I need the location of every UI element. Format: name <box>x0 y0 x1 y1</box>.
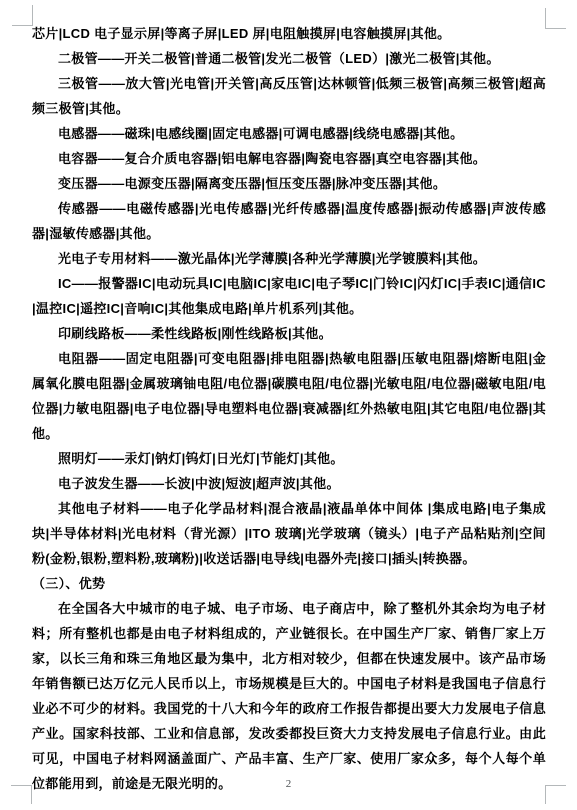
category-line-capacitors: 电容器——复合介质电容器|铝电解电容器|陶瓷电容器|真空电容器|其他。 <box>32 146 546 171</box>
document-body: 芯片|LCD 电子显示屏|等离子屏|LED 屏|电阻触摸屏|电容触摸屏|其他。 … <box>32 21 546 796</box>
category-line-triodes: 三极管——放大管|光电管|开关管|高反压管|达林顿管|低频三极管|高频三极管|超… <box>32 71 546 121</box>
page-number: 2 <box>0 778 577 790</box>
document-page: 芯片|LCD 电子显示屏|等离子屏|LED 屏|电阻触摸屏|电容触摸屏|其他。 … <box>0 0 577 810</box>
category-line-optoelectronic-materials: 光电子专用材料——激光晶体|光学薄膜|各种光学薄膜|光学镀膜料|其他。 <box>32 246 546 271</box>
category-line-inductors: 电感器——磁珠|电感线圈|固定电感器|可调电感器|线绕电感器|其他。 <box>32 121 546 146</box>
category-line-other-materials: 其他电子材料——电子化学品材料|混合液晶|液晶单体中间体 |集成电路|电子集成块… <box>32 496 546 571</box>
section-body-paragraph: 在全国各大中城市的电子城、电子市场、电子商店中，除了整机外其余均为电子材料；所有… <box>32 596 546 796</box>
category-line-sensors: 传感器——电磁传感器|光电传感器|光纤传感器|温度传感器|振动传感器|声波传感器… <box>32 196 546 246</box>
continuation-paragraph: 芯片|LCD 电子显示屏|等离子屏|LED 屏|电阻触摸屏|电容触摸屏|其他。 <box>32 21 546 46</box>
category-line-ic: IC——报警器IC|电动玩具IC|电脑IC|家电IC|电子琴IC|门铃IC|闪灯… <box>32 271 546 321</box>
category-line-diodes: 二极管——开关二极管|普通二极管|发光二极管（LED）|激光二极管|其他。 <box>32 46 546 71</box>
category-line-pcb: 印刷线路板——柔性线路板|刚性线路板|其他。 <box>32 321 546 346</box>
category-line-transformers: 变压器——电源变压器|隔离变压器|恒压变压器|脉冲变压器|其他。 <box>32 171 546 196</box>
category-line-lamps: 照明灯——汞灯|钠灯|钨灯|日光灯|节能灯|其他。 <box>32 446 546 471</box>
category-line-wave-generators: 电子波发生器——长波|中波|短波|超声波|其他。 <box>32 471 546 496</box>
section-heading: （三）、优势 <box>32 571 546 596</box>
crop-mark-top-left <box>12 5 33 26</box>
category-line-resistors: 电阻器——固定电阻器|可变电阻器|排电阻器|热敏电阻器|压敏电阻器|熔断电阻|金… <box>32 346 546 446</box>
crop-mark-top-right <box>545 8 566 29</box>
